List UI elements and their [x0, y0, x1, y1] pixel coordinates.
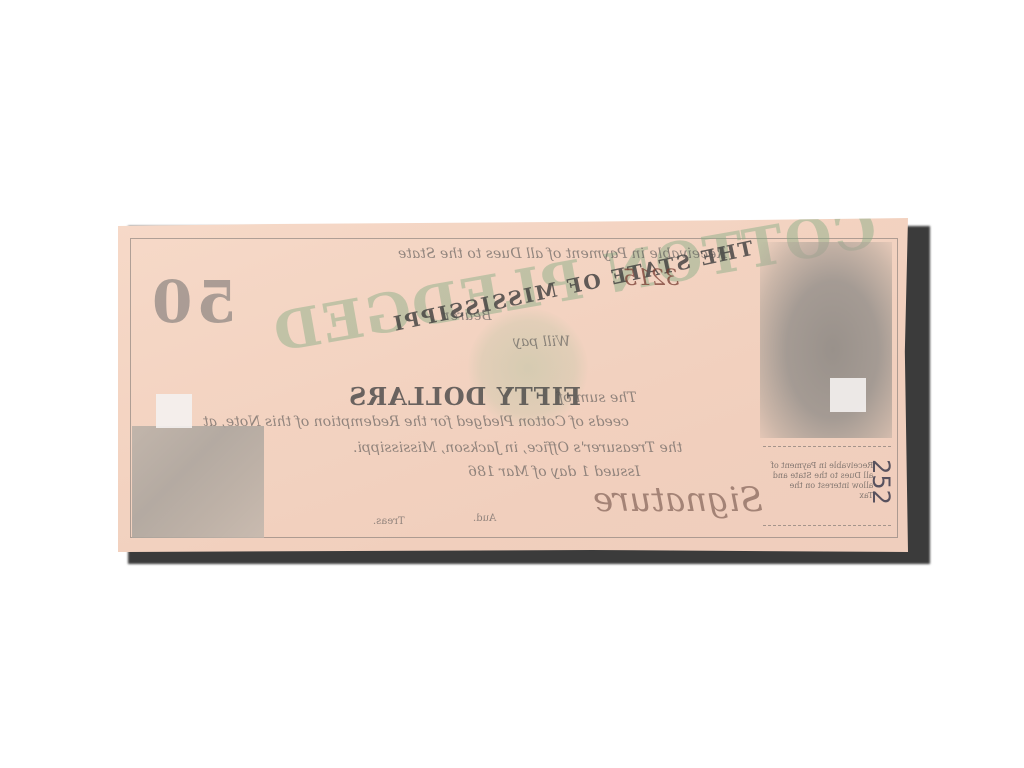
hinge-tape-left: [156, 394, 192, 428]
amount-text: FIFTY DOLLARS: [348, 382, 581, 411]
banknote: 50 COTTON PLEDGED THE STATE OF MISSISSIP…: [118, 218, 908, 552]
auditor-label: Aud.: [473, 513, 496, 524]
serial-number: 3215: [623, 266, 679, 291]
body-line-2: ceeds of Cotton Pledged for the Redempti…: [203, 414, 629, 430]
treasurer-label: Treas.: [373, 516, 405, 527]
bearer-text: Bearer: [443, 308, 492, 324]
top-line-text: Receivable in Payment of all Dues to the…: [398, 246, 727, 262]
date-line: Issued 1 day of Mar 186: [468, 464, 640, 480]
body-line-3: the Treasurer's Office, in Jackson, Miss…: [353, 440, 682, 456]
body-line-1: The sum of: [558, 390, 637, 406]
hinge-tape-right: [830, 378, 866, 412]
left-vignette-image: [132, 426, 264, 538]
payee-text: Will pay: [513, 334, 570, 350]
handwritten-signature: Signature: [293, 480, 763, 530]
side-notice-text: Receivable in Payment of all Dues to the…: [771, 461, 873, 501]
denomination-numeral: 50: [148, 268, 237, 336]
pencil-mark: 252: [867, 459, 895, 505]
right-vignette-figure: [760, 242, 892, 438]
